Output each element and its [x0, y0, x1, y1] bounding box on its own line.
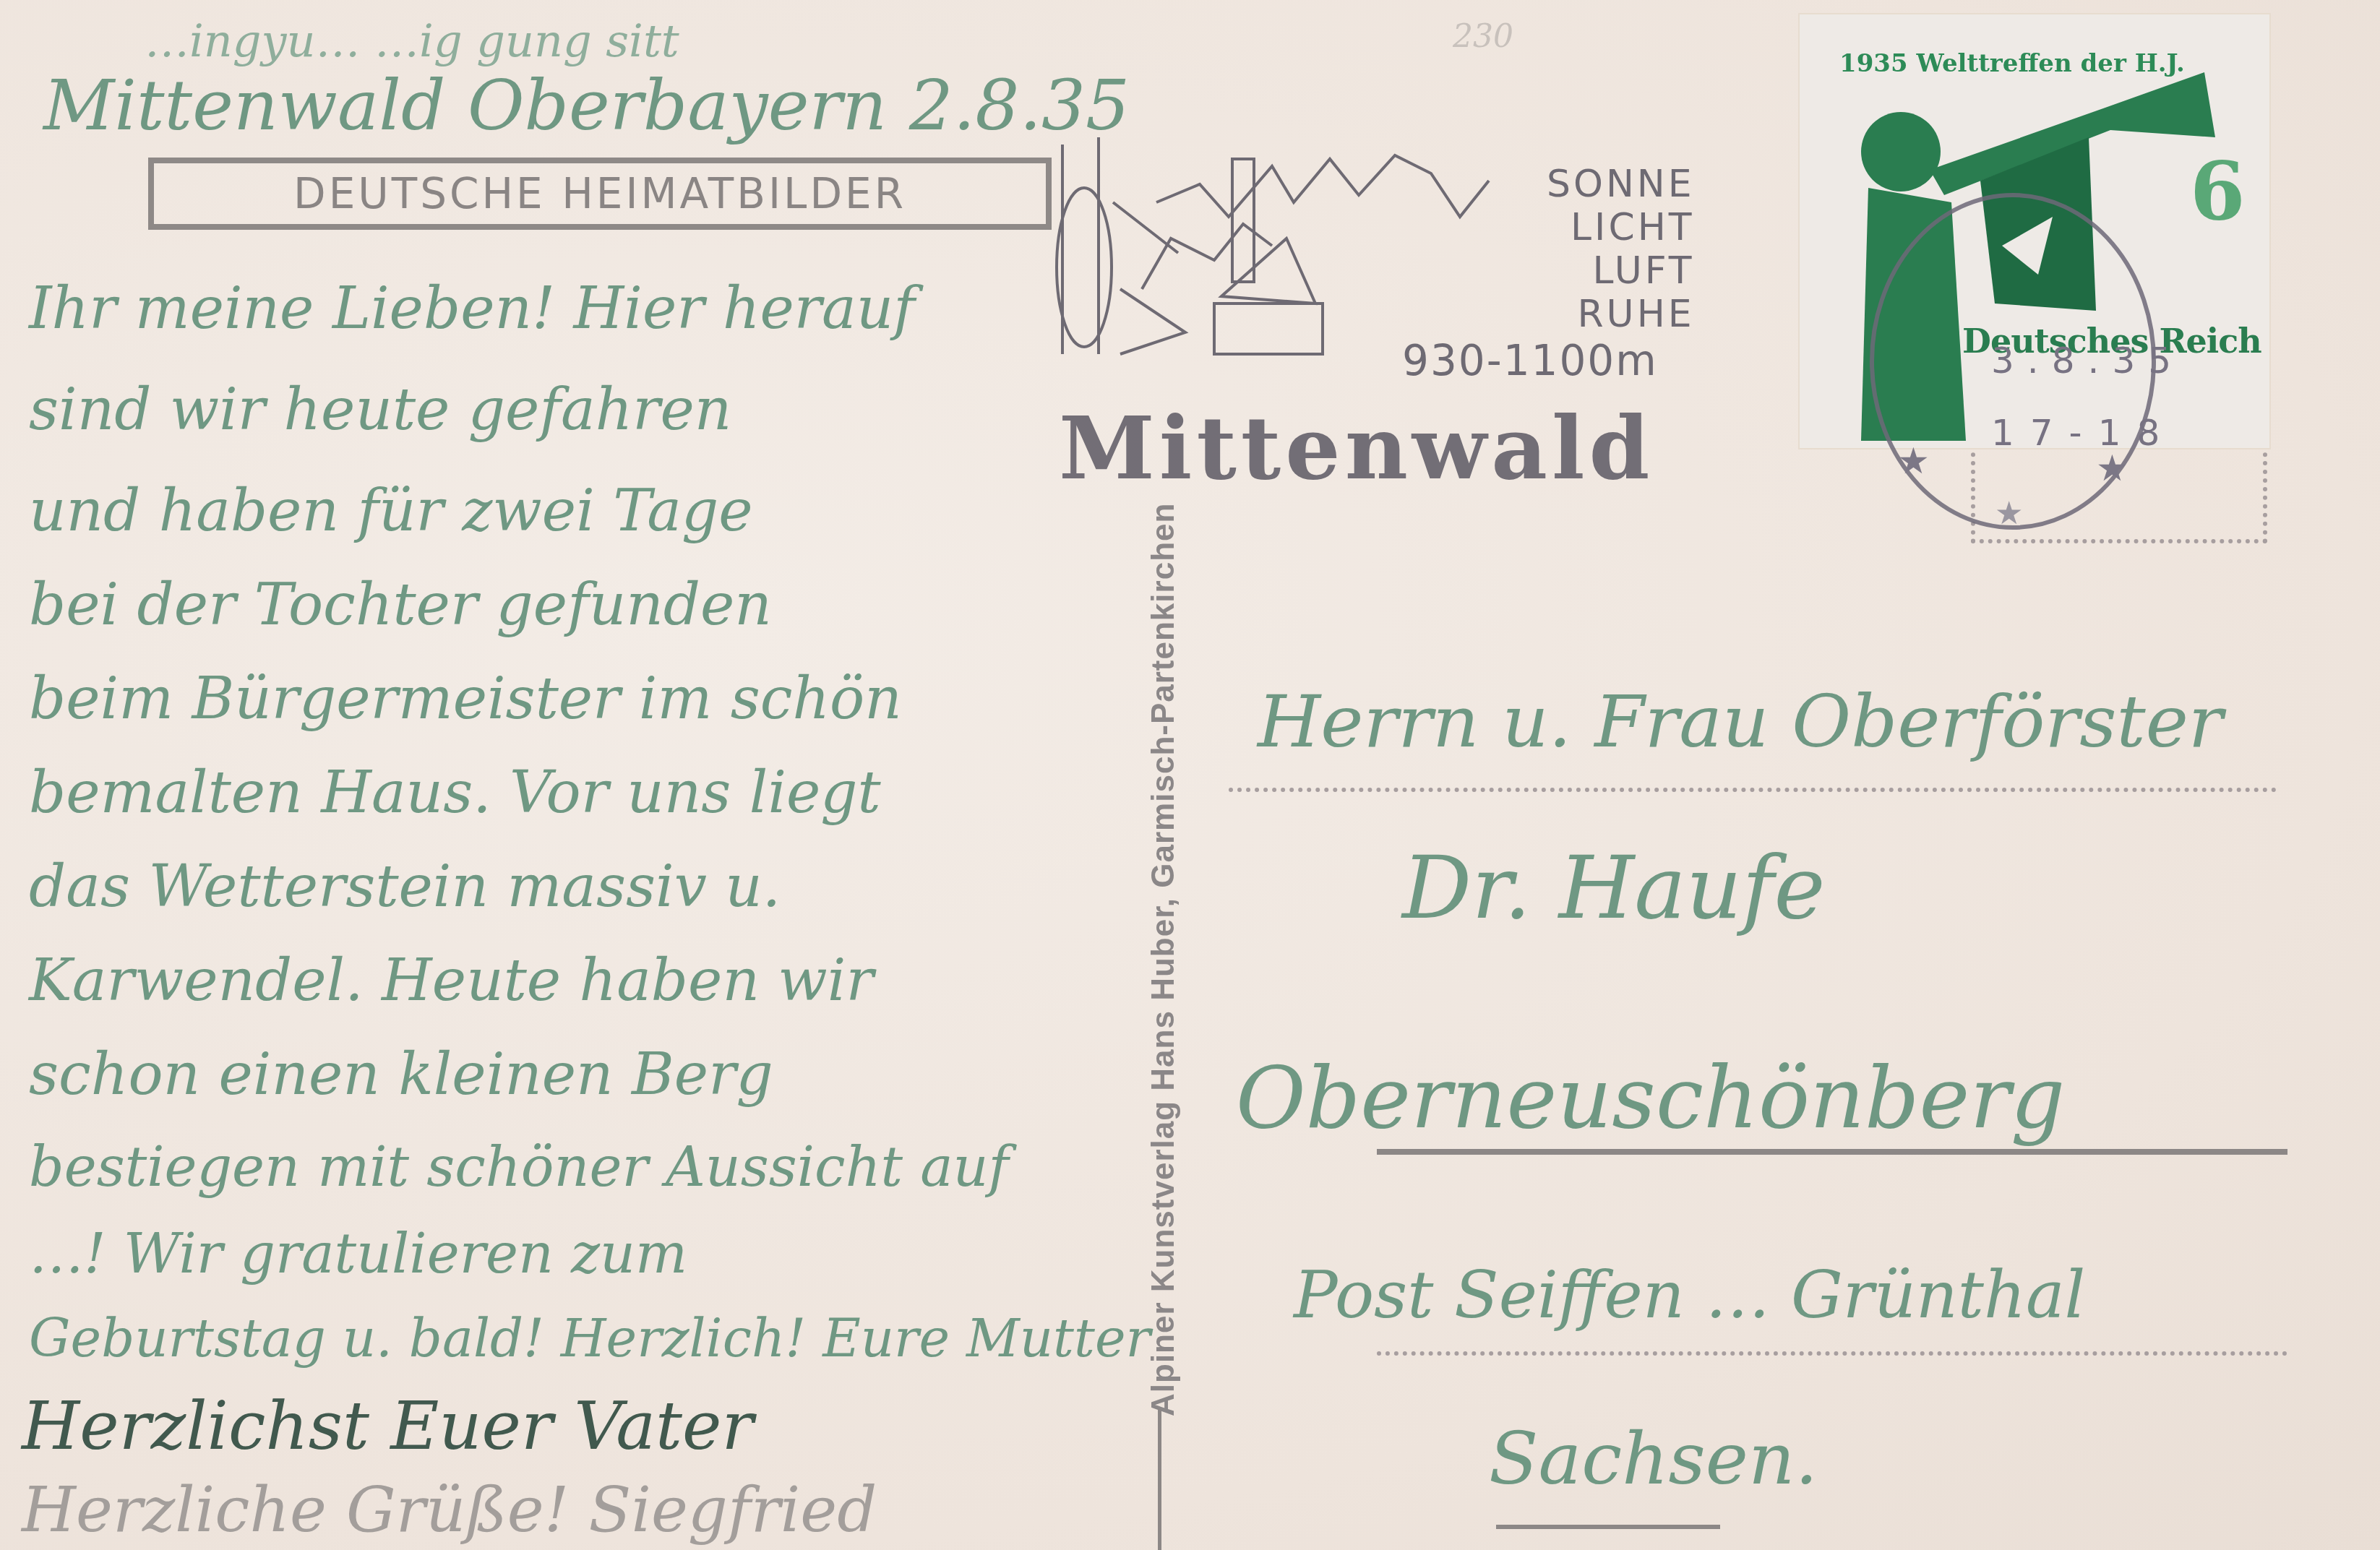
stamp-value: 6: [2190, 145, 2246, 238]
svg-text:★: ★: [1897, 441, 1930, 481]
message-line: bestiegen mit schöner Aussicht auf: [29, 1134, 1009, 1199]
address-line-2: Dr. Haufe: [1402, 838, 1826, 939]
slogan-line: LUFT: [1547, 249, 1695, 293]
svg-text:★: ★: [2096, 448, 2128, 488]
town-name: Mittenwald: [1059, 397, 1654, 499]
message-line: sind wir heute gefahren: [29, 376, 731, 443]
message-line: bemalten Haus. Vor uns liegt: [29, 759, 881, 826]
address-line-5-rule: [1496, 1525, 1720, 1529]
signature: Herzlichst Euer Vater: [22, 1387, 754, 1465]
address-line-1: Herrn u. Frau Oberförster: [1258, 679, 2223, 764]
printed-header-box: DEUTSCHE HEIMATBILDER: [148, 158, 1052, 230]
address-line-4: Post Seiffen … Grünthal: [1294, 1257, 2085, 1333]
message-line: Karwendel. Heute haben wir: [29, 947, 874, 1014]
message-line: das Wetterstein massiv u.: [29, 853, 781, 920]
altitude-text: 930-1100m: [1402, 336, 1658, 385]
pencil-note: 230: [1453, 18, 1513, 55]
printed-header: DEUTSCHE HEIMATBILDER: [293, 169, 906, 218]
center-divider: [1158, 1409, 1161, 1550]
message-header-line-1: …ingyu… …ig gung sitt: [145, 14, 679, 67]
slogan-line: LICHT: [1547, 206, 1695, 249]
message-line: schon einen kleinen Berg: [29, 1041, 773, 1108]
message-line: bei der Tochter gefunden: [29, 571, 772, 638]
address-line-5: Sachsen.: [1489, 1416, 1818, 1501]
message-line: Geburtstag u. bald! Herzlich! Eure Mutte…: [29, 1308, 1151, 1369]
slogan-line: SONNE: [1547, 163, 1695, 206]
address-line-3-rule: [1377, 1149, 2287, 1155]
postscript: Herzliche Grüße! Siegfried: [22, 1474, 877, 1546]
message-line: …! Wir gratulieren zum: [29, 1221, 687, 1286]
address-line-1-rule: [1229, 788, 2277, 792]
slogan-text: SONNE LICHT LUFT RUHE: [1547, 163, 1695, 336]
cancel-date: 3.8.35: [1991, 340, 2184, 382]
message-line: Ihr meine Lieben! Hier herauf: [29, 275, 915, 342]
slogan-line: RUHE: [1547, 293, 1695, 336]
address-line-4-rule: [1377, 1351, 2287, 1356]
postcard-back: DEUTSCHE HEIMATBILDER SONNE LICHT LUFT R…: [0, 0, 2380, 1550]
slogan-postmark: SONNE LICHT LUFT RUHE 930-1100m Mittenwa…: [1055, 116, 1763, 520]
address-line-3: Oberneuschönberg: [1236, 1048, 2065, 1148]
message-header-line-2: Mittenwald Oberbayern 2.8.35: [43, 65, 1130, 146]
cancel-time: 17-18: [1991, 412, 2175, 454]
message-line: und haben für zwei Tage: [29, 477, 753, 544]
publisher-imprint: Alpiner Kunstverlag Hans Huber, Garmisch…: [1146, 503, 1182, 1416]
stamp-title: 1935 Welttreffen der H.J.: [1839, 49, 2185, 78]
svg-text:★: ★: [1995, 496, 2023, 531]
message-line: beim Bürgermeister im schön: [29, 665, 902, 732]
